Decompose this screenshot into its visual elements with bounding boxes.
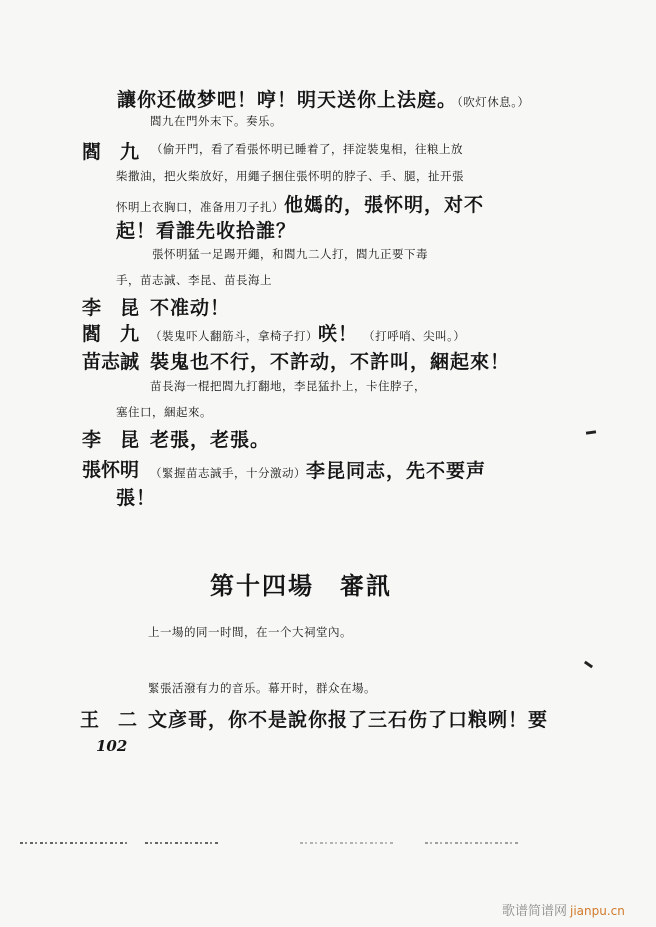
stage-direction: （偷开門，看了看張怀明已睡着了，拝淀裝鬼相，往粮上放 [151, 141, 463, 157]
speaker-name: 閻 九 [82, 137, 139, 164]
speaker-name: 張怀明 [82, 455, 139, 482]
scan-artifact [145, 842, 220, 844]
scene-setting: 上一場的同一时間，在一个大祠堂內。 [148, 624, 352, 640]
watermark: 歌谱简谱网jianpu.cn [502, 900, 625, 919]
speech-text: 他媽的，張怀明，对不 [284, 194, 484, 216]
scan-mark [584, 661, 593, 669]
scan-artifact [20, 842, 130, 844]
stage-direction: （吹灯休息。） [457, 95, 530, 109]
watermark-en: jianpu.cn [570, 904, 625, 918]
speech-text: 咲！ [318, 323, 358, 345]
scan-artifact [425, 842, 520, 844]
dialogue-line: 讓你还做梦吧！哼！明天送你上法庭。（吹灯休息。） [117, 85, 530, 112]
speaker-name: 王 二 [80, 705, 137, 732]
stage-direction: 手，苗志誠、李昆、苗長海上 [116, 272, 272, 288]
stage-direction: （打呼哨、尖叫。） [363, 329, 465, 343]
speech-text: 裝鬼也不行，不許动，不許叫，綑起來！ [150, 347, 510, 374]
speech-text: 張！ [116, 483, 156, 510]
speech-text: 不准动！ [150, 293, 230, 320]
speaker-name: 李 昆 [82, 293, 139, 320]
stage-direction: 怀明上衣胸口，准备用刀子扎） [116, 200, 284, 214]
stage-direction: 柴撒油，把火柴放好，用繩子捆住張怀明的脖子、手、腿，扯开張 [116, 168, 464, 184]
speech-text: 老張，老張。 [150, 425, 270, 452]
stage-direction: 張怀明猛一足踢开繩，和閻九二人打，閻九正要下毒 [152, 246, 428, 262]
stage-direction: 苗長海一棍把閻九打翻地，李昆猛扑上，卡住脖子， [150, 378, 426, 394]
speech-text: 起！看誰先收拾誰？ [116, 216, 296, 243]
scan-mark [586, 430, 596, 434]
page-number: 102 [96, 737, 127, 755]
speaker-name: 李 昆 [82, 425, 139, 452]
scene-music-direction: 緊張活潑有力的音乐。幕开时，群众在場。 [148, 680, 376, 696]
stage-direction: （裝鬼吓人翻筋斗，拿椅子打） [150, 329, 318, 343]
dialogue-line: 怀明上衣胸口，准备用刀子扎）他媽的，張怀明，对不 [116, 190, 484, 217]
stage-direction: （緊握苗志誠手，十分激动） [150, 466, 306, 480]
scene-title: 第十四場 審訊 [210, 566, 392, 601]
stage-direction: 閻九在門外末下。奏乐。 [150, 113, 282, 129]
speaker-name: 閻 九 [82, 319, 139, 346]
stage-direction: 塞住口，綑起來。 [116, 404, 212, 420]
dialogue-line: （裝鬼吓人翻筋斗，拿椅子打）咲！ （打呼哨、尖叫。） [150, 319, 465, 346]
speech-text: 李昆同志，先不要声 [306, 460, 486, 482]
watermark-cn: 歌谱简谱网 [502, 904, 567, 919]
speaker-name: 苗志誠 [82, 347, 139, 374]
speech-text: 讓你还做梦吧！哼！明天送你上法庭。 [117, 89, 457, 111]
scan-artifact [300, 842, 395, 844]
speech-text: 文彦哥，你不是說你报了三石伤了口粮咧！要 [148, 705, 548, 732]
dialogue-line: （緊握苗志誠手，十分激动）李昆同志，先不要声 [150, 456, 486, 483]
